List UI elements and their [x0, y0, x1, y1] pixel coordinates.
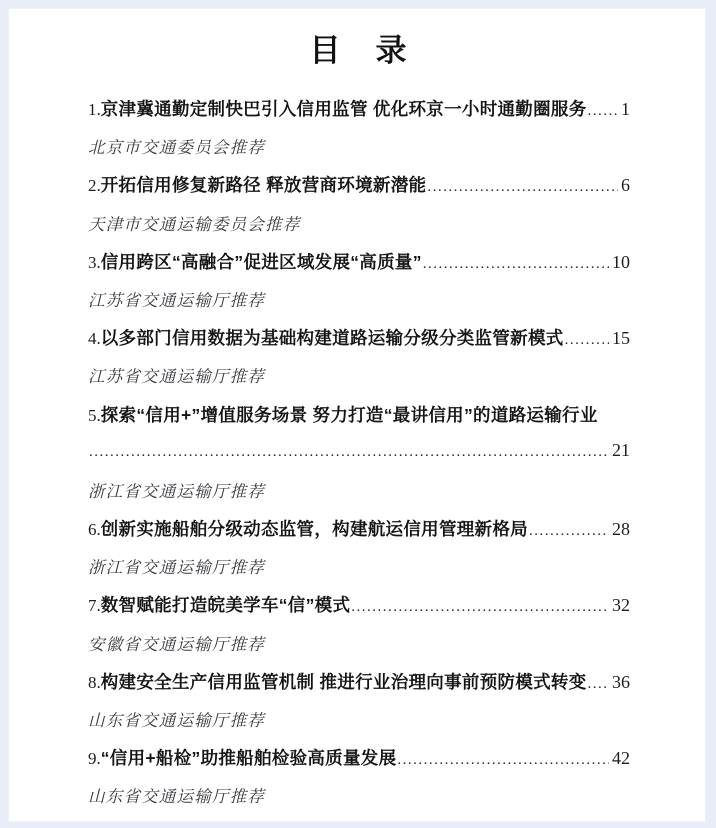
toc-page-number: 1	[621, 99, 630, 120]
toc-entry[interactable]: 3. 信用跨区“高融合”促进区域发展“高质量” ................…	[88, 246, 630, 284]
toc-entry-title: 探索“信用+”增值服务场景 努力打造“最讲信用”的道路运输行业	[101, 402, 598, 427]
toc-page-number: 42	[612, 748, 630, 769]
toc-entry-group: 6. 创新实施船舶分级动态监管，构建航运信用管理新格局 ............…	[88, 513, 630, 589]
toc-page-number: 10	[612, 252, 630, 273]
toc-entry-continuation[interactable]: ........................................…	[88, 437, 630, 475]
toc-entry-source: 山东省交通运输厅推荐	[88, 780, 630, 818]
toc-entry-group: 7. 数智赋能打造皖美学车“信”模式 .....................…	[88, 589, 630, 665]
toc-page-number: 28	[612, 519, 630, 540]
recommender-label: 江苏省交通运输厅推荐	[88, 287, 265, 311]
toc-entry-source: 浙江省交通运输厅推荐	[88, 551, 630, 589]
toc-entry-number: 5.	[88, 406, 101, 426]
leader-dots: ........................................…	[350, 599, 609, 616]
recommender-label: 浙江省交通运输厅推荐	[88, 554, 265, 578]
toc-page-number: 21	[612, 440, 630, 461]
toc-page-number: 32	[612, 595, 630, 616]
toc-entry-title: 构建安全生产信用监管机制 推进行业治理向事前预防模式转变	[101, 669, 587, 694]
recommender-label: 山东省交通运输厅推荐	[88, 707, 265, 731]
toc-entry[interactable]: 1. 京津冀通勤定制快巴引入信用监管 优化环京一小时通勤圈服务 ........…	[88, 93, 630, 131]
toc-entry-number: 8.	[88, 673, 101, 693]
toc-entry-source: 山东省交通运输厅推荐	[88, 704, 630, 742]
toc-page-number: 15	[612, 328, 630, 349]
toc-entry-source: 江苏省交通运输厅推荐	[88, 284, 630, 322]
recommender-label: 山东省交通运输厅推荐	[88, 783, 265, 807]
toc-entry-number: 7.	[88, 596, 101, 616]
leader-dots: ........................................…	[88, 444, 609, 461]
toc-entry[interactable]: 8. 构建安全生产信用监管机制 推进行业治理向事前预防模式转变 ........…	[88, 666, 630, 704]
page-title: 目 录	[88, 31, 630, 71]
toc-entry[interactable]: 6. 创新实施船舶分级动态监管，构建航运信用管理新格局 ............…	[88, 513, 630, 551]
toc-entry-title: 京津冀通勤定制快巴引入信用监管 优化环京一小时通勤圈服务	[101, 96, 587, 121]
recommender-label: 江苏省交通运输厅推荐	[88, 363, 265, 387]
leader-dots: ........................................…	[528, 523, 609, 540]
toc-entry-group: 9. “信用+船检”助推船舶检验高质量发展 ..................…	[88, 742, 630, 818]
toc-entry[interactable]: 2. 开拓信用修复新路径 释放营商环境新潜能 .................…	[88, 169, 630, 207]
leader-dots: ........................................…	[587, 676, 609, 693]
toc-page-number: 6	[621, 175, 630, 196]
leader-dots: ........................................…	[587, 103, 618, 120]
recommender-label: 天津市交通运输委员会推荐	[88, 211, 300, 235]
toc-entry-group: 3. 信用跨区“高融合”促进区域发展“高质量” ................…	[88, 246, 630, 322]
toc-entry-title: 创新实施船舶分级动态监管，构建航运信用管理新格局	[101, 516, 528, 541]
toc-entry-number: 9.	[88, 749, 101, 769]
leader-dots: ........................................…	[396, 752, 609, 769]
toc-entry[interactable]: 4. 以多部门信用数据为基础构建道路运输分级分类监管新模式 ..........…	[88, 322, 630, 360]
leader-dots: ........................................…	[426, 179, 618, 196]
toc-entry-group: 2. 开拓信用修复新路径 释放营商环境新潜能 .................…	[88, 169, 630, 245]
toc-entry-number: 1.	[88, 100, 101, 120]
toc-entry-group: 1. 京津冀通勤定制快巴引入信用监管 优化环京一小时通勤圈服务 ........…	[88, 93, 630, 169]
toc-page-number: 36	[612, 672, 630, 693]
leader-dots: ........................................…	[422, 256, 609, 273]
recommender-label: 北京市交通委员会推荐	[88, 134, 265, 158]
toc-entry-group: 5. 探索“信用+”增值服务场景 努力打造“最讲信用”的道路运输行业 .....…	[88, 399, 630, 514]
toc-entry-number: 4.	[88, 329, 101, 349]
toc-entry-group: 8. 构建安全生产信用监管机制 推进行业治理向事前预防模式转变 ........…	[88, 666, 630, 742]
toc-entry[interactable]: 7. 数智赋能打造皖美学车“信”模式 .....................…	[88, 589, 630, 627]
toc-entry-source: 江苏省交通运输厅推荐	[88, 360, 630, 398]
toc-entry-title: 开拓信用修复新路径 释放营商环境新潜能	[101, 172, 427, 197]
toc-entry-title: 数智赋能打造皖美学车“信”模式	[101, 592, 351, 617]
page-content: 目 录 1. 京津冀通勤定制快巴引入信用监管 优化环京一小时通勤圈服务 ....…	[88, 8, 630, 819]
toc-entry-title: 信用跨区“高融合”促进区域发展“高质量”	[101, 249, 422, 274]
toc-entry-number: 6.	[88, 520, 101, 540]
toc-entry-title: 以多部门信用数据为基础构建道路运输分级分类监管新模式	[101, 325, 564, 350]
toc-entry-number: 2.	[88, 176, 101, 196]
recommender-label: 安徽省交通运输厅推荐	[88, 631, 265, 655]
recommender-label: 浙江省交通运输厅推荐	[88, 478, 265, 502]
toc-entry-source: 北京市交通委员会推荐	[88, 131, 630, 169]
toc-entry-number: 3.	[88, 253, 101, 273]
toc-list: 1. 京津冀通勤定制快巴引入信用监管 优化环京一小时通勤圈服务 ........…	[88, 93, 630, 819]
toc-entry-source: 天津市交通运输委员会推荐	[88, 208, 630, 246]
toc-entry-group: 4. 以多部门信用数据为基础构建道路运输分级分类监管新模式 ..........…	[88, 322, 630, 398]
scanned-document-page: 目 录 1. 京津冀通勤定制快巴引入信用监管 优化环京一小时通勤圈服务 ....…	[8, 8, 706, 822]
toc-entry-source: 安徽省交通运输厅推荐	[88, 628, 630, 666]
leader-dots: ........................................…	[564, 332, 609, 349]
toc-entry-source: 浙江省交通运输厅推荐	[88, 475, 630, 513]
toc-entry[interactable]: 5. 探索“信用+”增值服务场景 努力打造“最讲信用”的道路运输行业 .....…	[88, 399, 630, 437]
toc-entry[interactable]: 9. “信用+船检”助推船舶检验高质量发展 ..................…	[88, 742, 630, 780]
toc-entry-title: “信用+船检”助推船舶检验高质量发展	[101, 745, 397, 770]
